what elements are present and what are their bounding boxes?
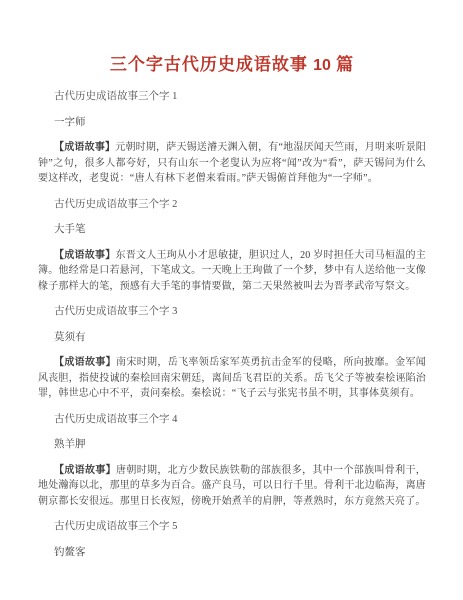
- story-paragraph: 【成语故事】元朝时期，萨天锡送濬天渊入朝，有“地湿厌闻天竺雨，月明来听景阳钟”之…: [38, 140, 426, 187]
- story-label: 【成语故事】: [54, 142, 115, 153]
- idiom-title: 大手笔: [38, 222, 426, 238]
- section-3: 古代历史成语故事三个字 3 莫须有 【成语故事】南宋时期，岳飞率领岳家军英勇抗击…: [38, 304, 426, 402]
- idiom-title: 一字师: [38, 115, 426, 131]
- doc-title: 三个字古代历史成语故事 10 篇: [38, 52, 426, 79]
- section-header: 古代历史成语故事三个字 4: [38, 412, 426, 428]
- story-label: 【成语故事】: [54, 250, 116, 261]
- story-paragraph: 【成语故事】南宋时期，岳飞率领岳家军英勇抗击金军的侵略，所向披靡。金军闻风丧胆，…: [38, 355, 426, 402]
- section-header: 古代历史成语故事三个字 3: [38, 304, 426, 320]
- doc-title-main: 三个字古代历史成语故事: [110, 55, 308, 74]
- story-label: 【成语故事】: [54, 357, 116, 368]
- story-label: 【成语故事】: [54, 465, 116, 476]
- idiom-title: 熟羊胛: [38, 437, 426, 453]
- section-2: 古代历史成语故事三个字 2 大手笔 【成语故事】东晋文人王珣从小才思敏捷，胆识过…: [38, 197, 426, 295]
- section-header: 古代历史成语故事三个字 2: [38, 197, 426, 213]
- idiom-title: 莫须有: [38, 330, 426, 346]
- section-5: 古代历史成语故事三个字 5 钓鳌客: [38, 519, 426, 560]
- idiom-title: 钓鳌客: [38, 545, 426, 561]
- doc-title-suffix: 篇: [336, 55, 354, 74]
- story-paragraph: 【成语故事】唐朝时期，北方少数民族铁勒的部族很多，其中一个部族叫骨利干，地处瀚海…: [38, 463, 426, 510]
- section-4: 古代历史成语故事三个字 4 熟羊胛 【成语故事】唐朝时期，北方少数民族铁勒的部族…: [38, 412, 426, 510]
- section-header: 古代历史成语故事三个字 1: [38, 89, 426, 105]
- section-header: 古代历史成语故事三个字 5: [38, 519, 426, 535]
- document-page: 三个字古代历史成语故事 10 篇 古代历史成语故事三个字 1 一字师 【成语故事…: [0, 0, 463, 600]
- section-1: 古代历史成语故事三个字 1 一字师 【成语故事】元朝时期，萨天锡送濬天渊入朝，有…: [38, 89, 426, 187]
- story-paragraph: 【成语故事】东晋文人王珣从小才思敏捷，胆识过人，20 岁时担任大司马桓温的主簿。…: [38, 248, 426, 295]
- doc-title-number: 10: [313, 57, 331, 74]
